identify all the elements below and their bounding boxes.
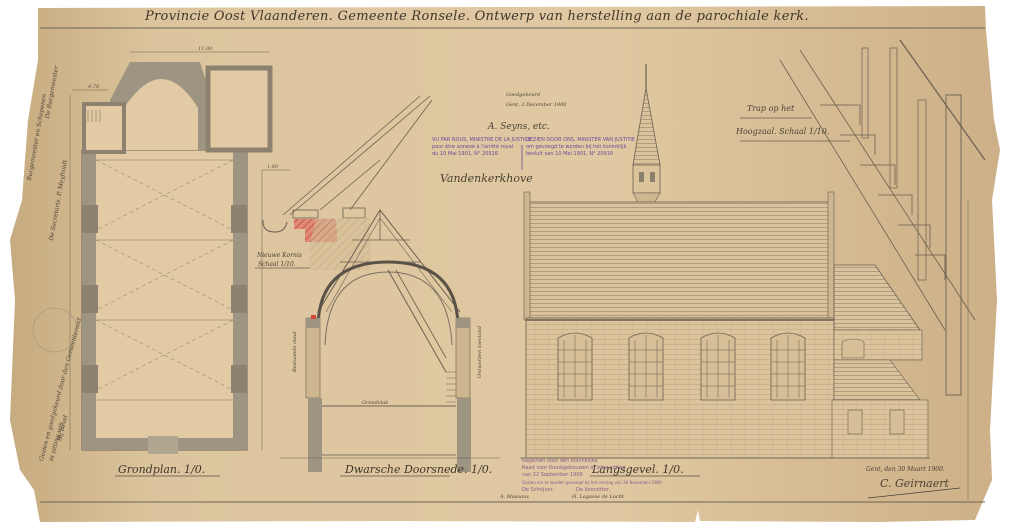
justice-stamp-fr-1: VU PAR NOUS, MINISTRE DE LA JUSTICE bbox=[432, 137, 531, 144]
dim-left-label: 4.70 bbox=[87, 84, 100, 90]
justice-stamp-nl-2: om gevoegd te worden bij het koninklijk bbox=[526, 144, 626, 151]
justice-stamp-fr-3: du 10 Mai 1901, N° 20916 bbox=[432, 151, 498, 158]
cornice-caption-2: Schaal 1/10. bbox=[258, 261, 296, 268]
cross-section-floor-label: Grondvlak bbox=[362, 400, 388, 406]
cross-section-left-label: Bestaande staat bbox=[292, 331, 298, 372]
commission-secretary-signature: A. Massaux bbox=[500, 494, 529, 500]
approval-signature: A. Seyns, etc. bbox=[488, 122, 550, 132]
justice-stamp-nl-1: GEZIEN DOOR ONS, MINISTER VAN JUSTITIE bbox=[526, 137, 635, 144]
cornice-caption-1: Nieuwe Kornis bbox=[257, 252, 302, 259]
architect-signature: C. Geirnaert bbox=[880, 477, 949, 490]
drawing-canvas: 11.00 4.70 1.80 bbox=[0, 0, 1024, 532]
commission-stamp-4: Gezien om te worden gevoegd bij het vers… bbox=[522, 479, 662, 486]
architect-place-date: Gent, den 30 Maart 1900. bbox=[866, 466, 945, 473]
approval-line-2: Gent, 3 December 1900 bbox=[506, 102, 566, 108]
commission-stamp-1: Nagezien door den Koninklijke bbox=[522, 458, 598, 465]
dim-width-label: 11.00 bbox=[198, 46, 213, 52]
middle-signature: Vandenkerkhove bbox=[440, 172, 533, 185]
commission-stamp-2: Raad voor Kunstgebouwen in zijne zitting bbox=[522, 465, 626, 472]
justice-stamp-nl-3: besluit van 10 Mei 1901, N° 20916 bbox=[526, 151, 613, 158]
staircase-caption-1: Trap op het bbox=[747, 104, 794, 113]
ground-plan-caption: Grondplan. 1/0. bbox=[118, 463, 205, 476]
commission-stamp-3: van 22 September 1900 bbox=[522, 472, 583, 479]
staircase-caption-2: Hoogzaal. Schaal 1/10. bbox=[736, 127, 829, 136]
architectural-drawing-sheet: 11.00 4.70 1.80 bbox=[0, 0, 1024, 532]
approval-line-1: Goedgekeurd bbox=[506, 92, 540, 98]
commission-president-signature: H. Lagasse de Locht bbox=[572, 494, 624, 500]
document-title: Provincie Oost Vlaanderen. Gemeente Rons… bbox=[145, 9, 809, 24]
commission-president-label: De Voorzitter, bbox=[576, 487, 610, 494]
cross-section-right-label: Ontworpen toestand bbox=[477, 326, 483, 378]
commission-secretary-label: De Schrijver, bbox=[522, 487, 554, 494]
justice-stamp-fr-2: pour être annexé à l'arrêté royal bbox=[432, 144, 513, 151]
cross-section-caption: Dwarsche Doorsnede. 1/0. bbox=[345, 463, 492, 476]
dim-right-label: 1.80 bbox=[267, 164, 279, 170]
